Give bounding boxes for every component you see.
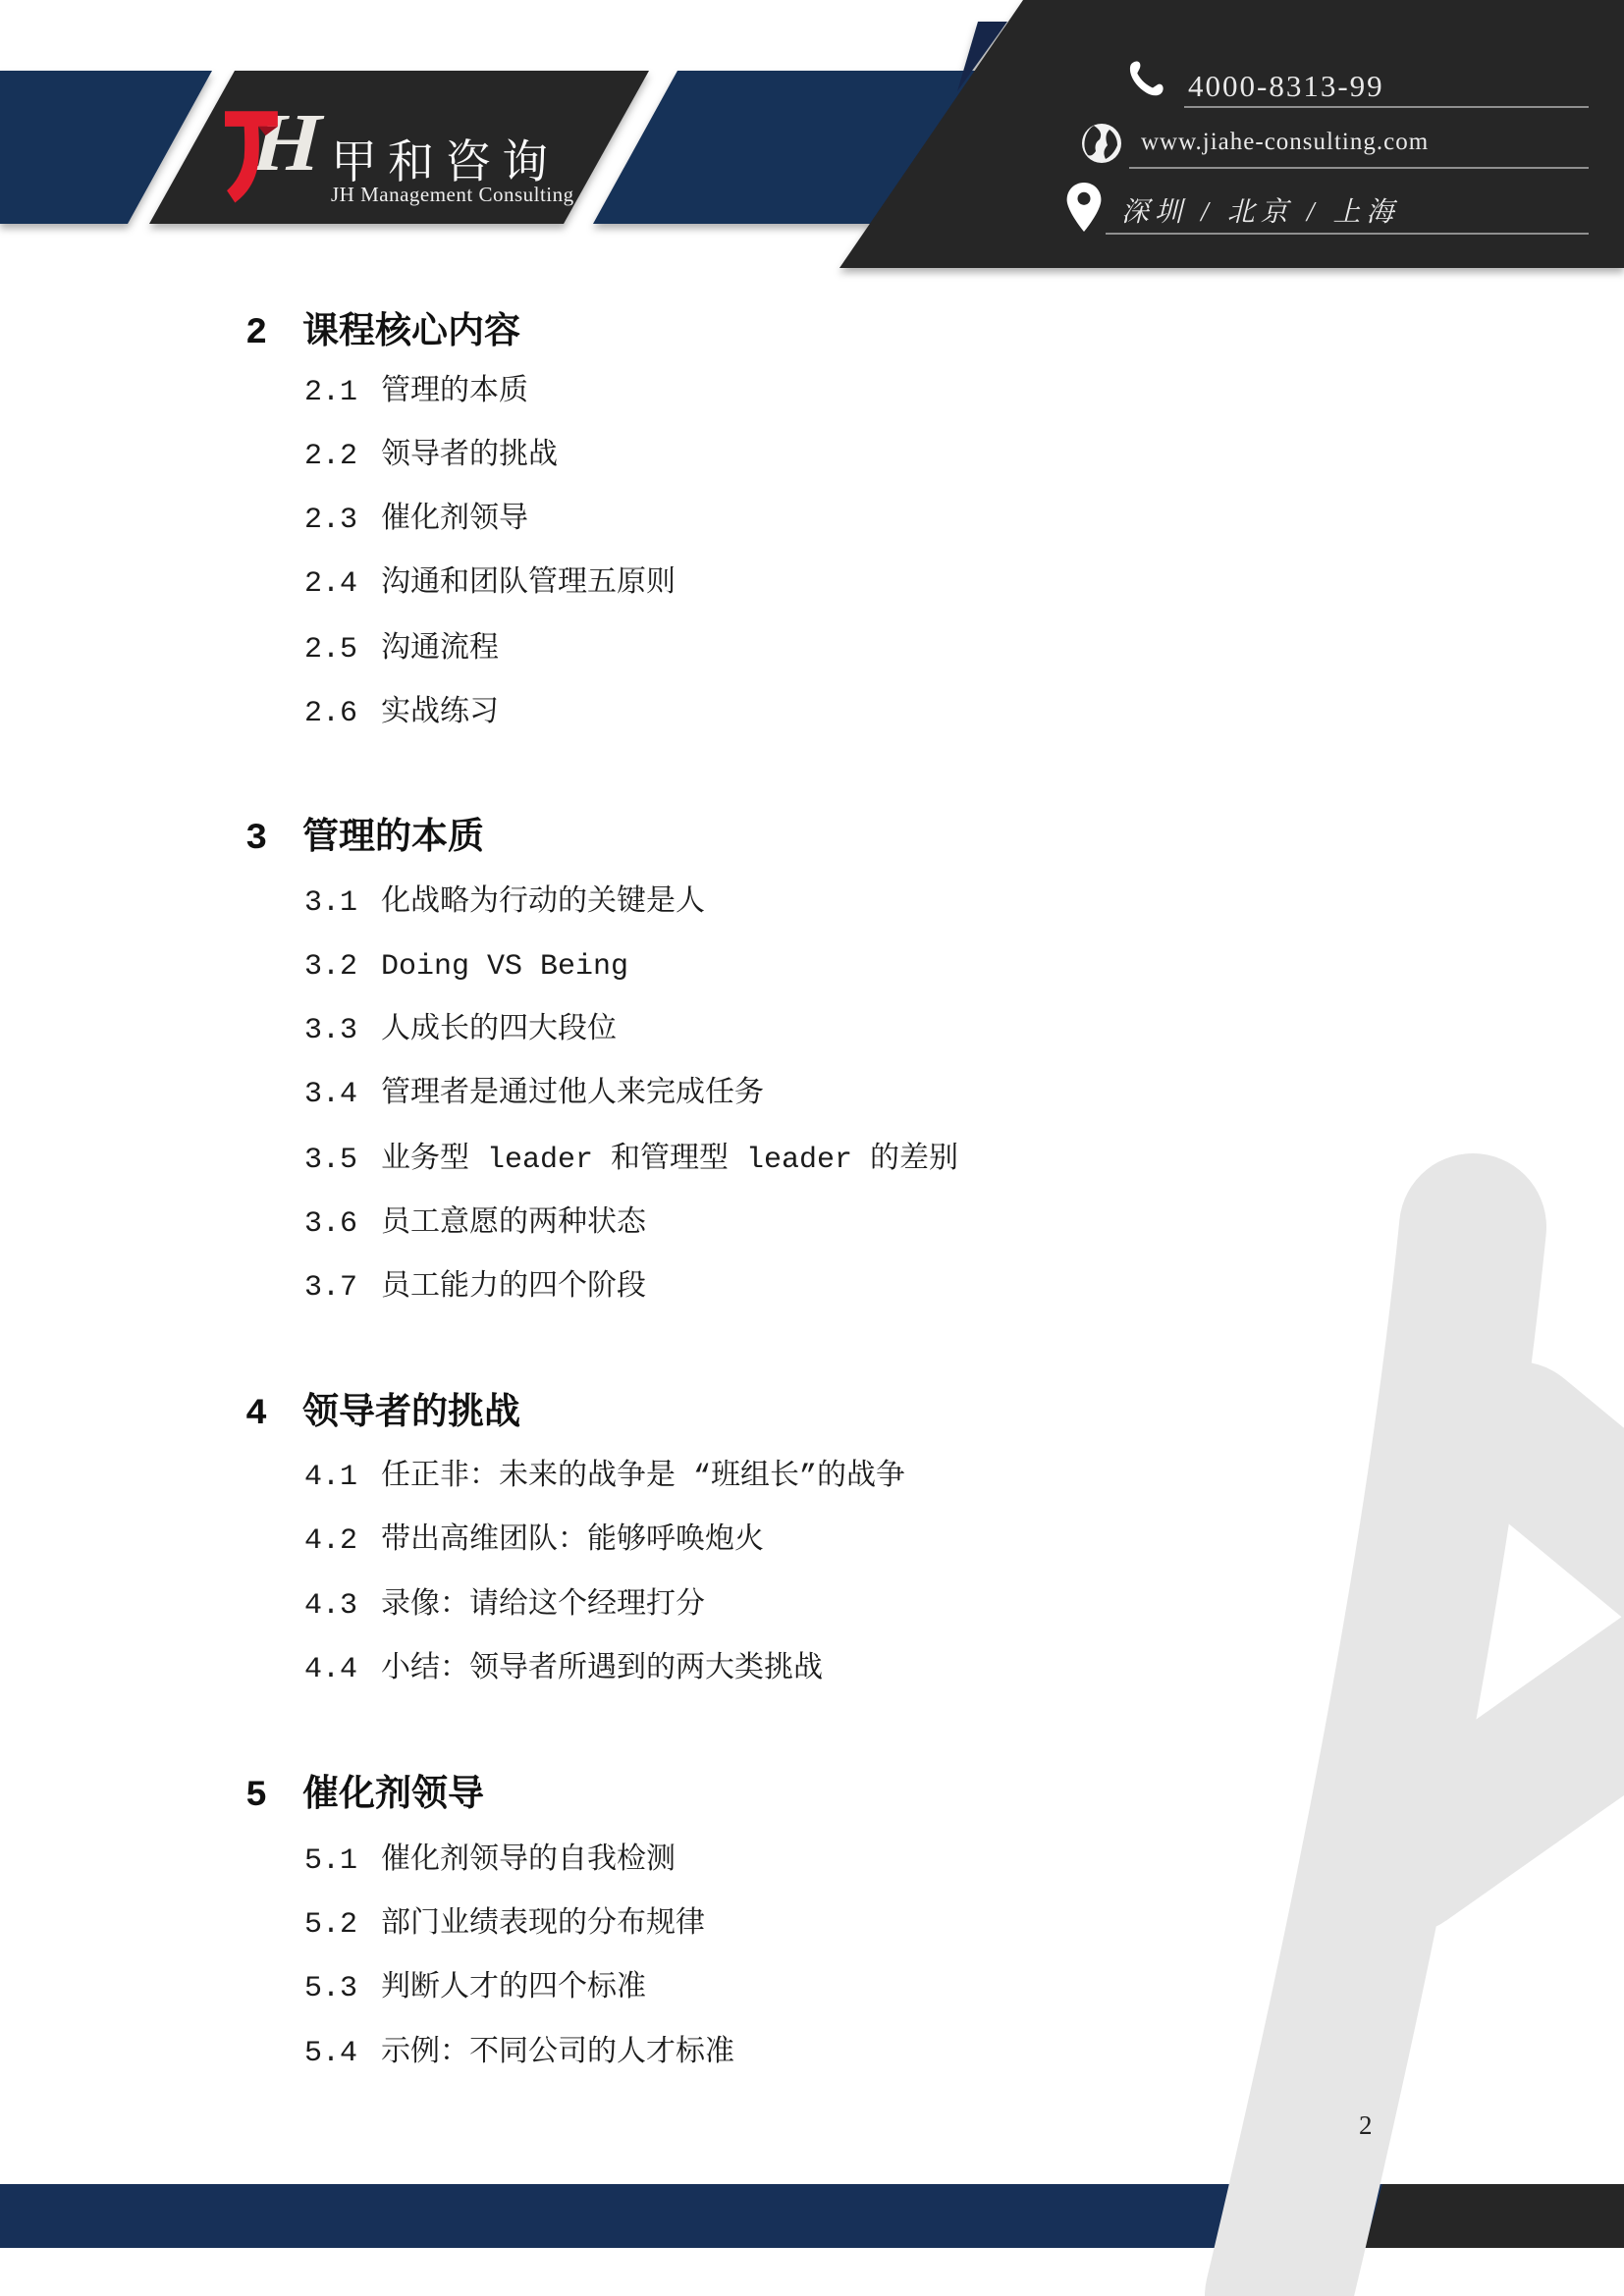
locations-text: 深圳 / 北京 / 上海 [1121, 190, 1400, 230]
footer-bar-charcoal [1365, 2184, 1624, 2248]
item-number: 3.4 [304, 1075, 381, 1114]
item-text: 化战略为行动的关键是人 [381, 886, 705, 920]
item-number: 2.2 [304, 437, 381, 476]
toc-item: 2.4沟通和团队管理五原则 [304, 564, 676, 604]
item-text: 业务型 leader 和管理型 leader 的差别 [381, 1144, 958, 1177]
toc-item: 4.4小结：领导者所遇到的两大类挑战 [304, 1650, 823, 1689]
item-number: 2.1 [304, 373, 381, 412]
item-number: 2.6 [304, 694, 381, 733]
section-title: 管理的本质 [302, 817, 484, 857]
item-number: 3.6 [304, 1204, 381, 1244]
item-text: 录像：请给这个经理打分 [381, 1589, 705, 1623]
company-name-en: JH Management Consulting [331, 183, 574, 207]
item-number: 3.1 [304, 883, 381, 923]
item-number: 3.7 [304, 1268, 381, 1308]
item-number: 3.3 [304, 1011, 381, 1050]
item-text: 催化剂领导 [381, 504, 528, 537]
phone-number: 4000-8313-99 [1188, 69, 1384, 104]
item-number: 5.1 [304, 1842, 381, 1881]
document-page: H 甲和咨询 JH Management Consulting 4000-831… [0, 0, 1624, 2296]
section-number: 3 [245, 817, 302, 862]
location-pin-icon [1066, 183, 1102, 232]
item-text: 小结：领导者所遇到的两大类挑战 [381, 1653, 823, 1686]
item-number: 5.4 [304, 2034, 381, 2073]
item-text: 员工意愿的两种状态 [381, 1207, 646, 1241]
contact-divider [1184, 106, 1589, 108]
section-title: 领导者的挑战 [302, 1392, 520, 1432]
item-number: 4.4 [304, 1650, 381, 1689]
item-number: 2.3 [304, 501, 381, 540]
toc-item: 2.2领导者的挑战 [304, 437, 558, 476]
item-number: 2.5 [304, 630, 381, 669]
jh-logo-j-icon [225, 109, 282, 211]
toc-item: 3.2Doing VS Being [304, 947, 628, 987]
item-text: 示例：不同公司的人才标准 [381, 2037, 734, 2070]
section-title: 课程核心内容 [302, 311, 520, 351]
item-text: 任正非：未来的战争是 “班组长”的战争 [381, 1461, 905, 1494]
item-text: 沟通和团队管理五原则 [381, 567, 676, 601]
item-number: 3.5 [304, 1141, 381, 1180]
item-number: 4.1 [304, 1458, 381, 1497]
footer-bar [0, 2184, 1624, 2253]
toc-item: 3.4管理者是通过他人来完成任务 [304, 1075, 764, 1114]
toc-item: 3.3人成长的四大段位 [304, 1011, 617, 1050]
toc-item: 2.3催化剂领导 [304, 501, 528, 540]
toc-item: 3.1化战略为行动的关键是人 [304, 883, 705, 923]
toc-item: 3.6员工意愿的两种状态 [304, 1204, 646, 1244]
contact-divider [1129, 167, 1589, 169]
toc-item: 3.5业务型 leader 和管理型 leader 的差别 [304, 1141, 958, 1180]
item-text: 实战练习 [381, 697, 499, 730]
toc-item: 5.3判断人才的四个标准 [304, 1969, 646, 2008]
item-number: 5.3 [304, 1969, 381, 2008]
item-text: Doing VS Being [381, 950, 628, 984]
toc-item: 2.1管理的本质 [304, 373, 528, 412]
item-number: 4.3 [304, 1586, 381, 1626]
item-text: 管理者是通过他人来完成任务 [381, 1078, 764, 1111]
toc-item: 3.7员工能力的四个阶段 [304, 1268, 646, 1308]
toc-item: 4.3录像：请给这个经理打分 [304, 1586, 705, 1626]
toc-section-heading: 4领导者的挑战 [245, 1390, 520, 1437]
item-text: 催化剂领导的自我检测 [381, 1844, 676, 1878]
toc-section-heading: 3管理的本质 [245, 815, 484, 862]
website-url: www.jiahe-consulting.com [1141, 129, 1429, 156]
section-title: 催化剂领导 [302, 1774, 484, 1814]
item-number: 4.2 [304, 1522, 381, 1561]
section-number: 2 [245, 311, 302, 356]
toc-item: 5.2部门业绩表现的分布规律 [304, 1905, 705, 1945]
item-text: 人成长的四大段位 [381, 1014, 617, 1047]
item-text: 判断人才的四个标准 [381, 1972, 646, 2005]
item-text: 带出高维团队：能够呼唤炮火 [381, 1524, 764, 1558]
section-number: 4 [245, 1392, 302, 1437]
page-number: 2 [1359, 2110, 1373, 2141]
toc-item: 2.5沟通流程 [304, 630, 499, 669]
toc-item: 4.2带出高维团队：能够呼唤炮火 [304, 1522, 764, 1561]
item-text: 领导者的挑战 [381, 440, 558, 473]
toc-item: 5.1催化剂领导的自我检测 [304, 1842, 676, 1881]
toc-section-heading: 5催化剂领导 [245, 1772, 484, 1819]
item-text: 管理的本质 [381, 376, 528, 409]
contact-divider [1106, 233, 1589, 235]
company-name-cn: 甲和咨询 [331, 126, 559, 191]
item-text: 部门业绩表现的分布规律 [381, 1908, 705, 1942]
globe-icon [1080, 122, 1123, 165]
toc-item: 2.6实战练习 [304, 694, 499, 733]
toc-item: 4.1任正非：未来的战争是 “班组长”的战争 [304, 1458, 905, 1497]
item-number: 2.4 [304, 564, 381, 604]
item-text: 员工能力的四个阶段 [381, 1271, 646, 1305]
toc-section-heading: 2课程核心内容 [245, 309, 520, 356]
item-text: 沟通流程 [381, 633, 499, 667]
toc-item: 5.4示例：不同公司的人才标准 [304, 2034, 734, 2073]
item-number: 5.2 [304, 1905, 381, 1945]
item-number: 3.2 [304, 947, 381, 987]
phone-icon [1125, 57, 1166, 98]
section-number: 5 [245, 1774, 302, 1819]
